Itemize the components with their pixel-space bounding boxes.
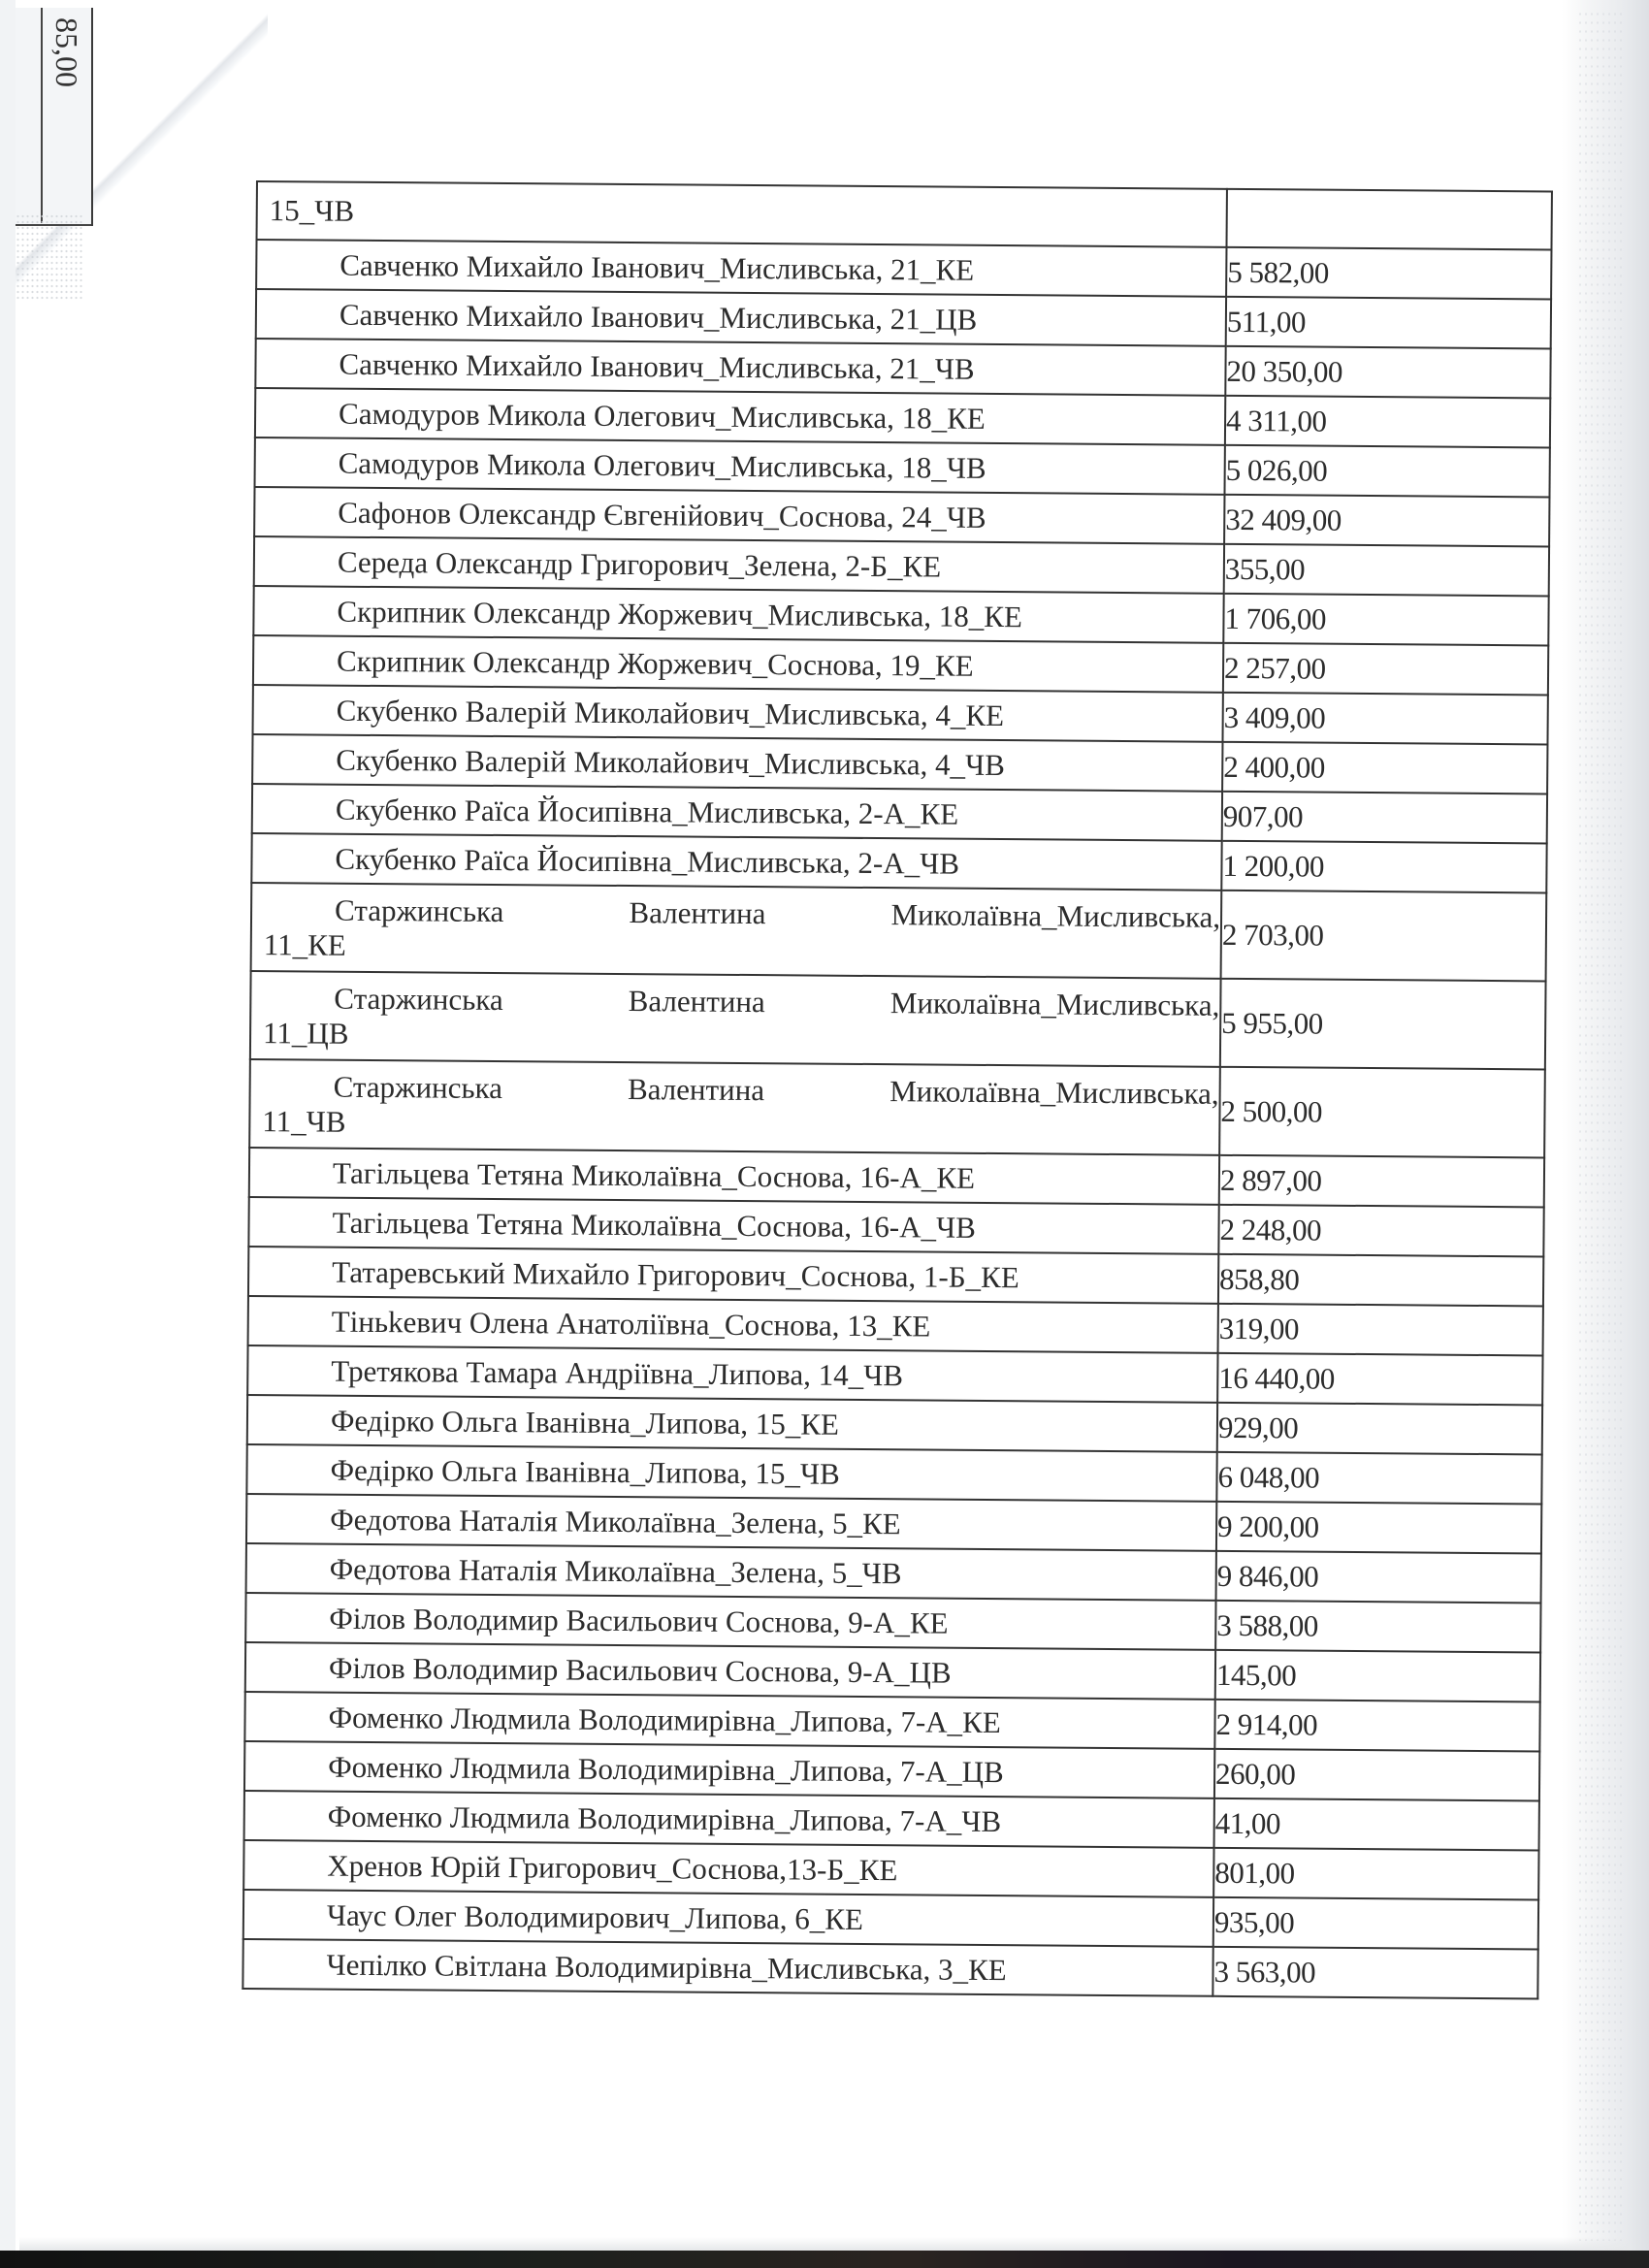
fold-amount: 85,00 — [48, 17, 84, 87]
amount-cell: 1 706,00 — [1223, 594, 1548, 646]
amount-cell: 5 582,00 — [1226, 247, 1551, 300]
fold-table-line — [41, 8, 43, 223]
table-row: Чепілко Світлана Володимирівна_Мисливськ… — [242, 1939, 1537, 1998]
scan-noise — [1577, 10, 1626, 2241]
payer-address-cell: Тіньkeвич Олена Анатоліївна_Соснова, 13_… — [248, 1296, 1218, 1353]
amount-cell: 935,00 — [1213, 1897, 1538, 1950]
amount-cell: 32 409,00 — [1224, 495, 1549, 547]
payer-address-cell: Філов Володимир Васильович Соснова, 9-А_… — [245, 1593, 1215, 1650]
payer-address-cell: Хренов Юрій Григорович_Соснова,13-Б_КЕ — [243, 1840, 1213, 1897]
amount-cell: 2 400,00 — [1222, 742, 1547, 794]
amount-cell: 20 350,00 — [1225, 346, 1550, 399]
amount-cell: 260,00 — [1214, 1749, 1539, 1801]
payer-address-cell: Тагільцева Тетяна Миколаївна_Соснова, 16… — [249, 1148, 1219, 1205]
amount-cell: 9 200,00 — [1216, 1502, 1541, 1554]
payer-address-cell: Третякова Тамара Андріївна_Липова, 14_ЧВ — [247, 1345, 1217, 1403]
payer-address-cell: Федірко Ольга Іванівна_Липова, 15_ЧВ — [246, 1444, 1216, 1502]
folded-corner: 85,00 — [16, 8, 93, 226]
header-amount-cell — [1226, 189, 1551, 250]
payer-address-cell: Чепілко Світлана Володимирівна_Мисливськ… — [242, 1939, 1212, 1996]
payer-address-cell: Скубенко Валерій Миколайович_Мисливська,… — [252, 734, 1222, 792]
payer-line-1: Старжинська Валентина Миколаївна_Мисливс… — [263, 1069, 1219, 1112]
header-name-cell: 15_ЧВ — [257, 181, 1227, 247]
table-row: Старжинська Валентина Миколаївна_Мисливс… — [249, 1059, 1545, 1157]
table-row: Старжинська Валентина Миколаївна_Мисливс… — [250, 971, 1546, 1069]
amount-cell: 2 703,00 — [1221, 891, 1547, 982]
amount-cell: 2 914,00 — [1214, 1700, 1539, 1752]
payer-address-cell: Середа Олександр Григорович_Зелена, 2-Б_… — [254, 536, 1224, 594]
amount-cell: 929,00 — [1217, 1403, 1542, 1455]
amount-cell: 3 588,00 — [1215, 1601, 1540, 1653]
payer-address-cell: Скрипник Олександр Жоржевич_Мисливська, … — [253, 586, 1223, 643]
amount-cell: 5 026,00 — [1224, 445, 1549, 498]
payer-address-cell: Скрипник Олександр Жоржевич_Соснова, 19_… — [253, 635, 1223, 693]
amount-cell: 801,00 — [1213, 1848, 1538, 1900]
document-sheet: 15_ЧВ Савченко Михайло Іванович_Мисливсь… — [242, 180, 1551, 1999]
payer-address-cell: Тагільцева Тетяна Миколаївна_Соснова, 16… — [248, 1197, 1218, 1254]
payer-address-cell: Савченко Михайло Іванович_Мисливська, 21… — [256, 289, 1226, 346]
payer-address-cell: Савченко Михайло Іванович_Мисливська, 21… — [256, 240, 1226, 297]
ledger-table: 15_ЧВ Савченко Михайло Іванович_Мисливсь… — [242, 180, 1553, 1999]
payer-line-1: Старжинська Валентина Миколаївна_Мисливс… — [263, 981, 1219, 1023]
amount-cell: 3 409,00 — [1222, 693, 1547, 745]
scan-bottom-edge — [0, 2251, 1649, 2268]
amount-cell: 6 048,00 — [1216, 1452, 1541, 1505]
payer-address-cell: Старжинська Валентина Миколаївна_Мисливс… — [250, 971, 1221, 1067]
payer-address-cell: Федотова Наталія Миколаївна_Зелена, 5_КЕ — [246, 1494, 1216, 1551]
amount-cell: 1 200,00 — [1221, 841, 1546, 893]
payer-line-2: 11_ЦВ — [263, 1016, 349, 1051]
amount-cell: 41,00 — [1214, 1798, 1539, 1851]
payer-address-cell: Самодуров Микола Олегович_Мисливська, 18… — [255, 388, 1225, 445]
amount-cell: 319,00 — [1218, 1304, 1543, 1356]
amount-cell: 145,00 — [1215, 1650, 1540, 1702]
payer-line-1: Старжинська Валентина Миколаївна_Мисливс… — [264, 892, 1220, 935]
payer-address-cell: Савченко Михайло Іванович_Мисливська, 21… — [255, 339, 1225, 396]
amount-cell: 511,00 — [1226, 297, 1551, 349]
amount-cell: 5 955,00 — [1220, 979, 1546, 1070]
amount-cell: 3 563,00 — [1212, 1947, 1537, 1999]
payer-address-cell: Фоменко Людмила Володимирівна_Липова, 7-… — [244, 1692, 1214, 1749]
amount-cell: 4 311,00 — [1225, 396, 1550, 448]
scan-left-edge — [0, 0, 16, 2251]
payer-address-cell: Скубенко Валерій Миколайович_Мисливська,… — [253, 685, 1223, 742]
fold-speckle — [16, 213, 83, 301]
amount-cell: 2 897,00 — [1219, 1155, 1544, 1208]
scan-bottom-shadow — [19, 2237, 1630, 2251]
payer-address-cell: Татаревський Михайло Григорович_Соснова,… — [248, 1247, 1218, 1304]
payer-line-2: 11_ЧВ — [262, 1104, 345, 1139]
payer-address-cell: Філов Володимир Васильович Соснова, 9-А_… — [245, 1642, 1215, 1700]
amount-cell: 2 248,00 — [1218, 1205, 1543, 1257]
amount-cell: 2 257,00 — [1223, 643, 1548, 696]
amount-cell: 9 846,00 — [1216, 1551, 1541, 1604]
amount-cell: 355,00 — [1224, 544, 1549, 597]
amount-cell: 2 500,00 — [1219, 1067, 1545, 1158]
payer-address-cell: Самодуров Микола Олегович_Мисливська, 18… — [255, 437, 1225, 495]
payer-address-cell: Чаус Олег Володимирович_Липова, 6_КЕ — [243, 1890, 1213, 1947]
table-header-row: 15_ЧВ — [257, 181, 1552, 249]
table-row: Старжинська Валентина Миколаївна_Мисливс… — [251, 883, 1547, 981]
payer-address-cell: Старжинська Валентина Миколаївна_Мисливс… — [249, 1059, 1220, 1155]
payer-address-cell: Фоменко Людмила Володимирівна_Липова, 7-… — [244, 1791, 1214, 1848]
amount-cell: 16 440,00 — [1217, 1353, 1542, 1406]
payer-address-cell: Скубенко Раїса Йосипівна_Мисливська, 2-А… — [251, 833, 1221, 891]
amount-cell: 858,80 — [1218, 1254, 1543, 1307]
payer-address-cell: Федірко Ольга Іванівна_Липова, 15_КЕ — [247, 1395, 1217, 1452]
payer-address-cell: Федотова Наталія Миколаївна_Зелена, 5_ЧВ — [246, 1543, 1216, 1601]
payer-address-cell: Сафонов Олександр Євгенійович_Соснова, 2… — [254, 487, 1224, 544]
amount-cell: 907,00 — [1222, 792, 1547, 844]
payer-address-cell: Скубенко Раїса Йосипівна_Мисливська, 2-А… — [252, 784, 1222, 841]
payer-line-2: 11_КЕ — [264, 927, 346, 962]
payer-address-cell: Старжинська Валентина Миколаївна_Мисливс… — [251, 883, 1222, 979]
payer-address-cell: Фоменко Людмила Володимирівна_Липова, 7-… — [244, 1741, 1214, 1798]
